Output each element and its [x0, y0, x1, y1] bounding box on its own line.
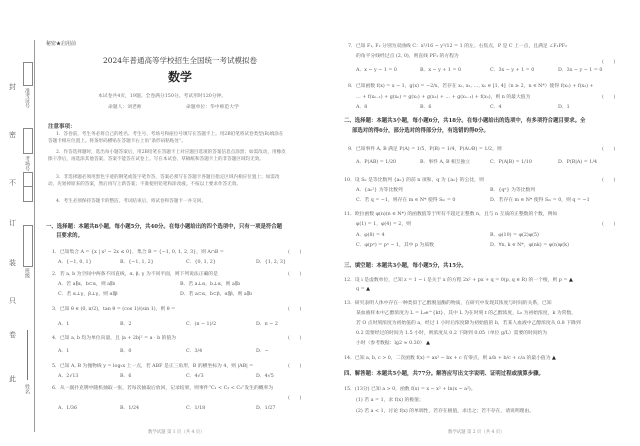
- question-12-text: 12．设 i 是虚数单位，已知 z = 1 − i 是关于 x 的方程 2x² …: [344, 278, 567, 283]
- question-1: 1．已知集合 A = {x | x² − 2x ≤ 0}，集合 B = {−1,…: [52, 248, 224, 255]
- answer-paren[interactable]: ( ): [288, 362, 301, 369]
- question-14: 14．已知 a, b, c > 0，二次函数 f(x) = ax² − bx +…: [344, 354, 556, 361]
- option-b: B．2: [120, 320, 131, 327]
- option-c: C．φ(pⁿ) = pⁿ − 1，其中 p 为质数: [356, 241, 434, 248]
- question-6: 6．从一副扑克牌中随机抽取一张，若每次抽取后放回，记录结果，则事件“C₁ < C…: [52, 384, 273, 391]
- section-1-heading-cont: 目要求的。: [56, 232, 83, 240]
- seal-char: 不: [9, 178, 16, 188]
- answer-paren[interactable]: ( ): [602, 145, 615, 152]
- option-c: C．1/18: [186, 404, 205, 411]
- question-13: 13．研究表明人体中存在一种类似于乙醇脱氢酶的物质，在研究中发现其浓度与时间的关…: [344, 299, 552, 306]
- answer-paren[interactable]: ( ): [602, 176, 615, 183]
- room-number-label: 考场号: [24, 156, 31, 171]
- answer-paren[interactable]: ( ): [602, 220, 615, 227]
- question-10: 10．设 Sₙ 是等比数列 {aₙ} 的前 n 项和，q 为 {aₙ} 的公比，…: [344, 176, 484, 183]
- notes-title: 注意事项：: [48, 122, 76, 130]
- note-4: 4．考生必须保持答题卡的整洁。考试结束后，将试卷和答题卡一并交回。: [48, 198, 288, 205]
- question-13-text-cont: 小时（参考数据：lg2 ≈ 0.30）: [356, 341, 425, 346]
- answer-paren[interactable]: ( ): [288, 248, 301, 255]
- option-b: B．1/24: [120, 404, 139, 411]
- question-7: 7．已知 F₁, F₂ 分别为双曲线 C：x²/16 − y²/12 = 1 的…: [348, 42, 567, 49]
- exam-meta: 本试卷共4页，19题。全卷满分150分。考试用时120分钟。: [98, 92, 226, 99]
- question-15-part-1: (1) 若 a = 1，求 f(x) 的极值；: [356, 396, 424, 403]
- question-12-text-cont: q =: [356, 287, 365, 292]
- option-a: A．2√13: [58, 372, 78, 379]
- option-c: C．4: [490, 103, 502, 110]
- option-b: B．6: [420, 103, 431, 110]
- section-4-heading: 四、解答题：本题共5小题，共77分。解答应写出文字说明、证明过程或演算步骤。: [344, 370, 544, 378]
- binding-line: [34, 40, 35, 432]
- note-3: 3．非选择题必须用黑色字迹的钢笔或签字笔作答，答案必须写在答题卡各题目指定区域内…: [48, 174, 288, 188]
- option-b: B．x − y + 1 = 0: [420, 66, 461, 73]
- option-c: C．P(A|B) = 1/10: [490, 158, 532, 165]
- answer-paren[interactable]: ( ): [602, 93, 615, 100]
- question-13-cont: 0.2 需要经过的时间为 1.5 小时，则浓度从 0.2 下降到 0.05（单位…: [356, 329, 547, 336]
- answer-paren[interactable]: ( ): [288, 270, 301, 277]
- exam-page-2: 7．已知 F₁, F₂ 分别为双曲线 C：x²/16 − y²/12 = 1 的…: [330, 0, 640, 446]
- answer-paren[interactable]: ( ): [602, 58, 615, 65]
- question-15: 15．(13分) 已知 a > 0，函数 f(x) = x − x² + ln(…: [344, 385, 476, 392]
- subject-title: 数学: [0, 68, 330, 85]
- question-12: 12．设 i 是虚数单位，已知 z = 1 − i 是关于 x 的方程 2x² …: [344, 276, 573, 283]
- option-d: D．3x − y − 1 = 0: [558, 66, 602, 73]
- question-8-cont: … + f(xₙ₋₁) + g(xₙ) = g(x₁) + g(x₂) + … …: [356, 93, 530, 100]
- question-11-cont: φ(1) = 1，φ(4) = 2，则: [356, 220, 411, 227]
- option-a: A．{−1, 0, 1}: [58, 258, 92, 265]
- option-d: D．−: [256, 347, 269, 354]
- seal-char: 卷: [9, 330, 16, 340]
- option-d: D．P(B|A) = 1/4: [558, 158, 597, 165]
- option-b: B．φ(10) = φ(2)φ(5): [490, 231, 539, 238]
- question-15-part-2: (2) 若 a < 1，讨论 f(x) 的单调性，若存在极值，求出之；若不存在，…: [356, 407, 534, 414]
- answer-blank[interactable]: ▲: [426, 340, 430, 346]
- question-4: 4．已知 a, b 均为单位向量，且 |a + 2b|² = a · b 的值为: [52, 334, 176, 341]
- question-5: 5．已知 A, B 为抛物线 y = log₂x 上一点，若 ABF 是正三角形…: [52, 362, 253, 369]
- question-13-cont: 某血液样本中乙醇浓度为 L = L₀e^{kt}，其中 L 为在时刻 t 的乙醇…: [356, 309, 576, 316]
- exam-unit: 命题单位：华中师范大学: [186, 103, 239, 110]
- option-a: A．φ(8) = 4: [356, 231, 385, 238]
- option-d: D．π − 2: [256, 320, 278, 327]
- option-d: D．∀n, k ∈ N*，φ(nk) = φ(n)φ(k): [490, 241, 569, 248]
- question-11: 11．欧拉函数 φ(n)(n ∈ N*) 的函数值等于所有不超过正整数 n，且与…: [344, 210, 557, 217]
- secret-label: 秘密★启用前: [46, 40, 76, 47]
- section-2-heading-cont: 部选对的得6分，部分选对的得部分分，有选错的得0分。: [352, 127, 489, 135]
- section-3-heading: 三、填空题：本题共3小题，每小题5分，共15分。: [344, 262, 467, 270]
- option-b: B．{−1, 1, 2}: [120, 258, 154, 265]
- class-box[interactable]: [23, 225, 33, 267]
- option-a: A．x − y − 1 = 0: [356, 66, 397, 73]
- question-7-cont: 的角平分线经过点 (2, 0)，则直线 PF₁ 的方程为: [356, 52, 459, 59]
- answer-blank[interactable]: ▲: [569, 277, 573, 283]
- option-a: A．1: [58, 347, 69, 354]
- option-b: B．{qⁿ} 为等比数列: [490, 186, 535, 193]
- option-c: C．(π − 1)/2: [186, 320, 216, 327]
- seal-char: 此: [9, 374, 16, 384]
- option-d: D．4√5: [256, 372, 274, 379]
- note-2: 2．作答选择题时，选出每小题答案后，用2B铅笔在答题卡上对应题目选项的答案信息点…: [48, 149, 288, 163]
- page-footer: 数学试题 第 2 页（共 4 页）: [448, 429, 504, 435]
- exam-number-label: 准考证号: [24, 88, 31, 108]
- option-d: D．1: [558, 103, 570, 110]
- seal-char: 订: [9, 218, 16, 228]
- option-a: A．1/36: [58, 404, 77, 411]
- option-a: A．P(AB) = 1/20: [356, 158, 396, 165]
- option-a: A．若 a∥α，b⊂α，则 a∥b: [58, 280, 115, 287]
- option-c: C．3/4: [186, 347, 202, 354]
- room-number-box[interactable]: [23, 128, 33, 154]
- page-footer: 数学试题 第 1 页（共 4 页）: [148, 429, 204, 435]
- class-label: 班级: [24, 268, 31, 278]
- option-d: D．若 a⊂α，b⊂β，α∥β，则 a∥b: [180, 290, 252, 297]
- section-2-heading: 二、选择题：本题共3小题，每小题6分，共18分。在每小题给出的选项中，有多项符合…: [344, 117, 585, 125]
- question-13-cont: 小时（参考数据：lg2 ≈ 0.30） ▲: [356, 339, 430, 346]
- option-a: A．{aₙ²} 为等比数列: [356, 186, 403, 193]
- seal-char: 密: [9, 130, 16, 140]
- answer-paren[interactable]: ( ): [288, 394, 301, 401]
- option-b: B．若 a⊥α，b⊥α，则 a∥b: [180, 280, 240, 287]
- option-b: B．事件 A, B 相互独立: [420, 158, 470, 165]
- seat-number-box-2[interactable]: [23, 186, 33, 202]
- answer-blank[interactable]: ▲: [552, 355, 556, 361]
- seal-char: 只: [9, 296, 16, 306]
- option-b: B．0: [120, 347, 131, 354]
- answer-blank[interactable]: ▲: [366, 286, 370, 292]
- name-label: 姓名: [24, 384, 31, 394]
- note-1: 1．答卷前，考生务必将自己的姓名、考生号、考场号和座位号填写在答题卡上。用2B铅…: [48, 131, 288, 145]
- question-9: 9．已知事件 A, B 满足 P(A) = 1/5，P(B) = 1/4，P(A…: [348, 145, 502, 152]
- name-line[interactable]: [27, 330, 28, 380]
- answer-paren[interactable]: ( ): [288, 305, 301, 312]
- question-12-cont: q = ▲: [356, 286, 370, 292]
- exam-page-1: 封 密 不 订 装 只 卷 此 准考证号 考场号 班级 姓名 秘密★启用前 20…: [0, 0, 330, 446]
- option-c: C．若 q = −1，则存在 m ∈ N* 使得 Sₘ = 0: [356, 196, 455, 203]
- option-c: C．3x − y + 1 = 0: [490, 66, 534, 73]
- seal-char: 装: [9, 258, 16, 268]
- question-8: 8．已知函数 f(x) = x − 1，g(x) = −2/x，若存在 x₁, …: [348, 82, 594, 89]
- exam-author: 命题人：刘老师: [108, 103, 142, 110]
- option-d: D．1/27: [256, 404, 275, 411]
- option-c: C．4√3: [186, 372, 204, 379]
- question-14-text: 14．已知 a, b, c > 0，二次函数 f(x) = ax² − bx +…: [344, 356, 551, 361]
- question-13-cont: 若 O 点时刻浓度为初始值的 a，经过 1 小时后浓度降为初始值的 b，若某人血…: [356, 319, 581, 326]
- option-c: C．若 α⊥γ，β⊥γ，则 α∥β: [58, 290, 118, 297]
- section-1-heading: 一、选择题：本题共8小题，每小题5分，共40分。在每小题给出的四个选项中，只有一…: [46, 223, 282, 231]
- exam-title: 2024年普通高等学校招生全国统一考试模拟卷: [0, 55, 330, 66]
- option-a: A．1: [58, 320, 69, 327]
- question-2: 2．若 a, b 为空间中两条不同直线，α, β, γ 为不同平面，则下列说法正…: [52, 270, 218, 277]
- option-a: A．8: [356, 103, 367, 110]
- option-c: C．{0, 1, 2}: [186, 258, 216, 265]
- option-d: D．{1, 2, 3}: [256, 258, 286, 265]
- question-3: 3．已知 θ ∈ (0, π/2)，tan θ = (cos 1)/(sin 1…: [52, 305, 175, 312]
- answer-paren[interactable]: ( ): [288, 334, 301, 341]
- option-d: D．若存在 m ∈ N* 使得 Sₘ = 0，则 q = −1: [490, 196, 590, 203]
- option-b: B．6: [120, 372, 131, 379]
